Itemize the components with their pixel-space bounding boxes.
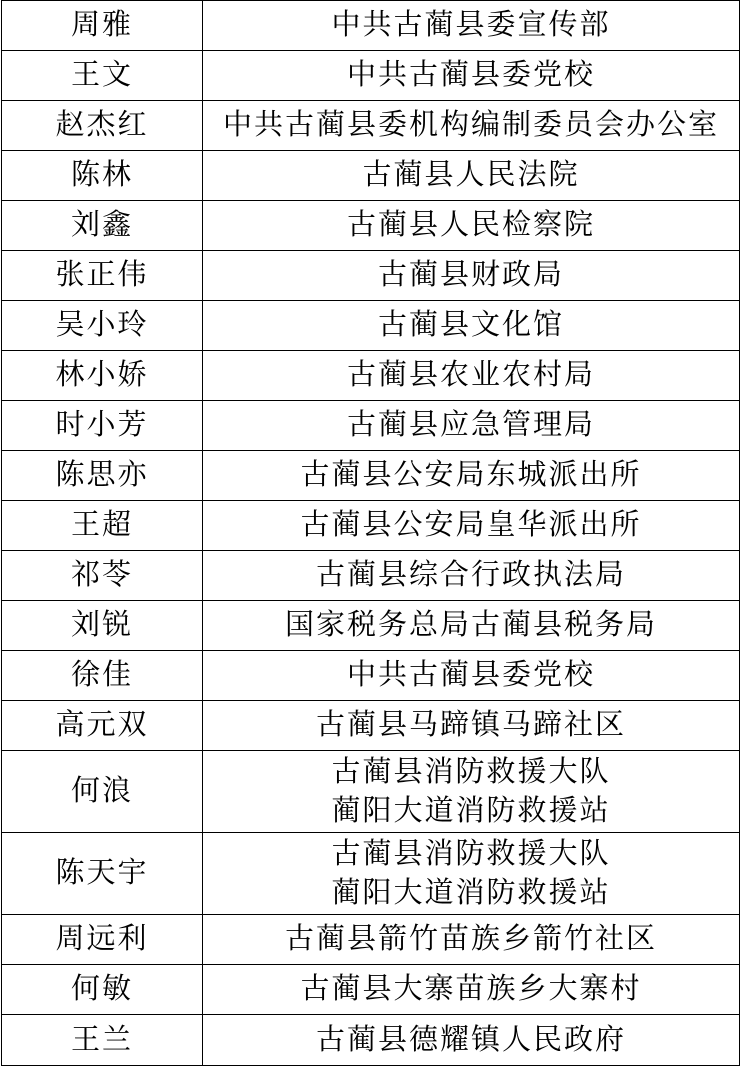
name-cell: 时小芳	[2, 401, 203, 450]
table-row: 何浪 古蔺县消防救援大队蔺阳大道消防救援站	[2, 751, 739, 833]
org-line: 古蔺县消防救援大队	[331, 753, 610, 791]
org-line: 国家税务总局古蔺县税务局	[285, 606, 657, 644]
table-row: 王兰 古蔺县德耀镇人民政府	[2, 1015, 739, 1065]
name-cell: 王兰	[2, 1015, 203, 1065]
name-cell: 刘鑫	[2, 201, 203, 250]
org-line: 蔺阳大道消防救援站	[331, 874, 610, 912]
table-row: 张正伟 古蔺县财政局	[2, 251, 739, 301]
org-line: 古蔺县消防救援大队	[331, 835, 610, 873]
org-line: 中共古蔺县委机构编制委员会办公室	[223, 106, 719, 144]
name-cell: 祁苓	[2, 551, 203, 600]
table-row: 徐佳 中共古蔺县委党校	[2, 651, 739, 701]
table-row: 陈天宇 古蔺县消防救援大队蔺阳大道消防救援站	[2, 833, 739, 915]
organization-cell: 古蔺县人民法院	[203, 151, 739, 200]
org-line: 古蔺县德耀镇人民政府	[316, 1021, 626, 1059]
organization-cell: 中共古蔺县委机构编制委员会办公室	[203, 101, 739, 150]
org-line: 古蔺县综合行政执法局	[316, 556, 626, 594]
name-cell: 高元双	[2, 701, 203, 750]
organization-cell: 古蔺县农业农村局	[203, 351, 739, 400]
table-row: 周雅 中共古蔺县委宣传部	[2, 1, 739, 51]
table-row: 祁苓 古蔺县综合行政执法局	[2, 551, 739, 601]
org-line: 古蔺县公安局皇华派出所	[300, 506, 641, 544]
org-line: 古蔺县财政局	[378, 256, 564, 294]
table-row: 周远利 古蔺县箭竹苗族乡箭竹社区	[2, 915, 739, 965]
table-row: 刘鑫 古蔺县人民检察院	[2, 201, 739, 251]
org-line: 古蔺县应急管理局	[347, 406, 595, 444]
org-line: 中共古蔺县委宣传部	[331, 6, 610, 44]
name-cell: 陈天宇	[2, 833, 203, 914]
table-row: 王超 古蔺县公安局皇华派出所	[2, 501, 739, 551]
organization-cell: 中共古蔺县委党校	[203, 51, 739, 100]
organization-cell: 古蔺县德耀镇人民政府	[203, 1015, 739, 1065]
org-line: 中共古蔺县委党校	[347, 56, 595, 94]
name-cell: 王超	[2, 501, 203, 550]
name-cell: 周雅	[2, 1, 203, 50]
organization-cell: 古蔺县消防救援大队蔺阳大道消防救援站	[203, 833, 739, 914]
roster-table: 周雅 中共古蔺县委宣传部 王文 中共古蔺县委党校 赵杰红 中共古蔺县委机构编制委…	[1, 0, 740, 1066]
organization-cell: 古蔺县消防救援大队蔺阳大道消防救援站	[203, 751, 739, 832]
name-cell: 陈思亦	[2, 451, 203, 500]
table-row: 王文 中共古蔺县委党校	[2, 51, 739, 101]
org-line: 古蔺县人民检察院	[347, 206, 595, 244]
name-cell: 王文	[2, 51, 203, 100]
name-cell: 赵杰红	[2, 101, 203, 150]
name-cell: 徐佳	[2, 651, 203, 700]
org-line: 古蔺县大寨苗族乡大寨村	[300, 970, 641, 1008]
name-cell: 陈林	[2, 151, 203, 200]
organization-cell: 古蔺县综合行政执法局	[203, 551, 739, 600]
organization-cell: 中共古蔺县委宣传部	[203, 1, 739, 50]
organization-cell: 古蔺县应急管理局	[203, 401, 739, 450]
org-line: 古蔺县农业农村局	[347, 356, 595, 394]
table-row: 林小娇 古蔺县农业农村局	[2, 351, 739, 401]
org-line: 中共古蔺县委党校	[347, 656, 595, 694]
organization-cell: 古蔺县公安局皇华派出所	[203, 501, 739, 550]
org-line: 古蔺县箭竹苗族乡箭竹社区	[285, 920, 657, 958]
name-cell: 张正伟	[2, 251, 203, 300]
organization-cell: 古蔺县公安局东城派出所	[203, 451, 739, 500]
name-cell: 何浪	[2, 751, 203, 832]
org-line: 蔺阳大道消防救援站	[331, 792, 610, 830]
name-cell: 刘锐	[2, 601, 203, 650]
organization-cell: 古蔺县文化馆	[203, 301, 739, 350]
table-row: 何敏 古蔺县大寨苗族乡大寨村	[2, 965, 739, 1015]
organization-cell: 国家税务总局古蔺县税务局	[203, 601, 739, 650]
org-line: 古蔺县人民法院	[362, 156, 579, 194]
org-line: 古蔺县马蹄镇马蹄社区	[316, 706, 626, 744]
organization-cell: 古蔺县人民检察院	[203, 201, 739, 250]
name-cell: 何敏	[2, 965, 203, 1014]
table-row: 陈林 古蔺县人民法院	[2, 151, 739, 201]
table-row: 时小芳 古蔺县应急管理局	[2, 401, 739, 451]
table-row: 吴小玲 古蔺县文化馆	[2, 301, 739, 351]
table-row: 高元双 古蔺县马蹄镇马蹄社区	[2, 701, 739, 751]
table-row: 刘锐 国家税务总局古蔺县税务局	[2, 601, 739, 651]
org-line: 古蔺县文化馆	[378, 306, 564, 344]
table-row: 赵杰红 中共古蔺县委机构编制委员会办公室	[2, 101, 739, 151]
name-cell: 吴小玲	[2, 301, 203, 350]
organization-cell: 古蔺县大寨苗族乡大寨村	[203, 965, 739, 1014]
organization-cell: 中共古蔺县委党校	[203, 651, 739, 700]
organization-cell: 古蔺县财政局	[203, 251, 739, 300]
name-cell: 林小娇	[2, 351, 203, 400]
organization-cell: 古蔺县马蹄镇马蹄社区	[203, 701, 739, 750]
table-row: 陈思亦 古蔺县公安局东城派出所	[2, 451, 739, 501]
org-line: 古蔺县公安局东城派出所	[300, 456, 641, 494]
organization-cell: 古蔺县箭竹苗族乡箭竹社区	[203, 915, 739, 964]
name-cell: 周远利	[2, 915, 203, 964]
